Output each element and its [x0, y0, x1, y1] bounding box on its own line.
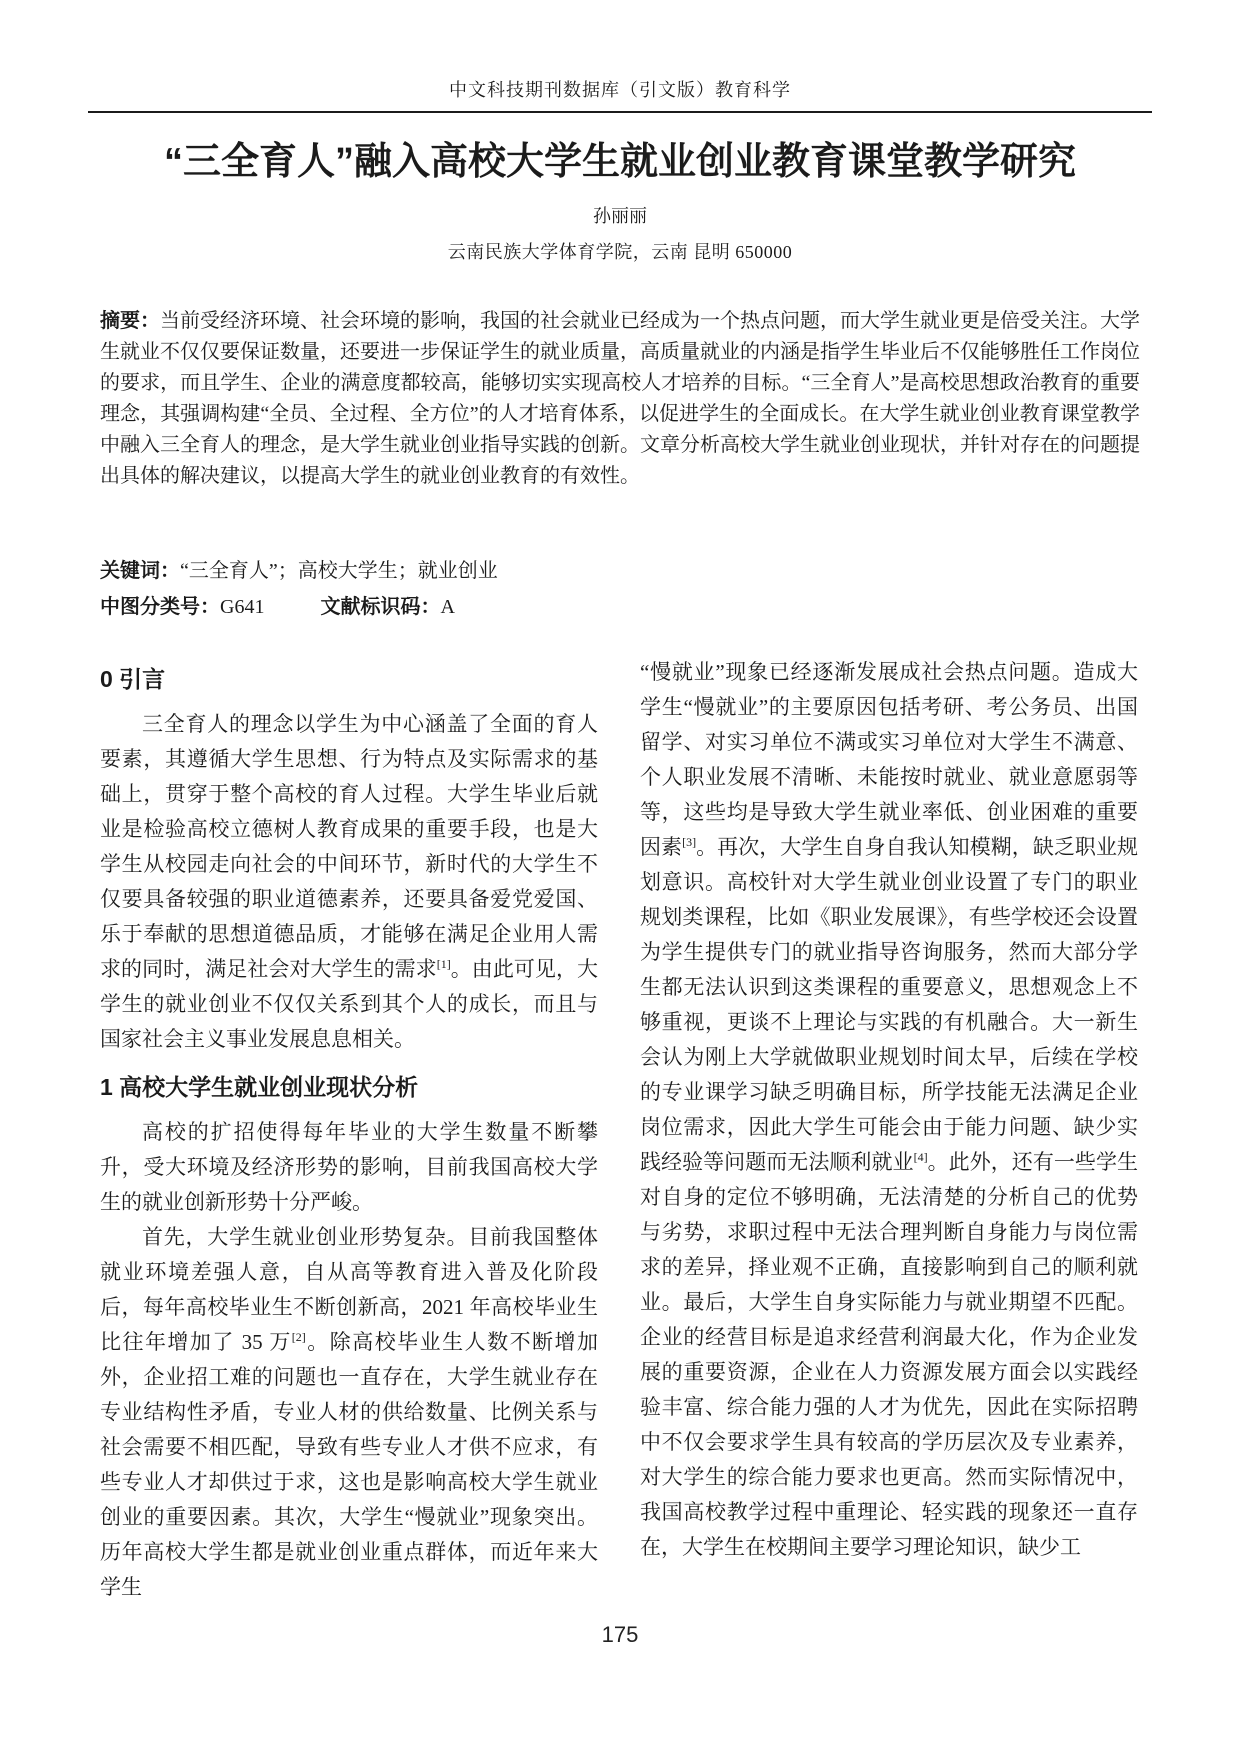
citation-marker: [1] [437, 957, 451, 971]
left-column: 0 引言三全育人的理念以学生为中心涵盖了全面的育人要素，其遵循大学生思想、行为特… [100, 662, 598, 1605]
page-number: 175 [0, 1622, 1240, 1648]
paper-page: { "journal_header": "中文科技期刊数据库（引文版）教育科学"… [0, 0, 1240, 1753]
author-name: 孙丽丽 [0, 202, 1240, 228]
journal-header: 中文科技期刊数据库（引文版）教育科学 [0, 76, 1240, 102]
section-heading: 0 引言 [100, 662, 598, 697]
abstract-text: 当前受经济环境、社会环境的影响，我国的社会就业已经成为一个热点问题，而大学生就业… [100, 310, 1140, 487]
body-paragraph: 三全育人的理念以学生为中心涵盖了全面的育人要素，其遵循大学生思想、行为特点及实际… [100, 707, 598, 1057]
keywords-line: 关键词：“三全育人”；高校大学生；就业创业 [100, 554, 1140, 583]
keywords-text: “三全育人”；高校大学生；就业创业 [180, 560, 498, 582]
classification-line: 中图分类号：G641文献标识码：A [100, 590, 1140, 619]
abstract-block: 摘要：当前受经济环境、社会环境的影响，我国的社会就业已经成为一个热点问题，而大学… [100, 306, 1140, 492]
citation-marker: [2] [292, 1330, 306, 1344]
article-title: “三全育人”融入高校大学生就业创业教育课堂教学研究 [50, 130, 1190, 185]
body-paragraph: 高校的扩招使得每年毕业的大学生数量不断攀升，受大环境及经济形势的影响，目前我国高… [100, 1115, 598, 1220]
keywords-label: 关键词： [100, 560, 180, 582]
clc-label: 中图分类号： [100, 596, 220, 618]
body-paragraph: 首先，大学生就业创业形势复杂。目前我国整体就业环境差强人意，自从高等教育进入普及… [100, 1220, 598, 1605]
body-paragraph: “慢就业”现象已经逐渐发展成社会热点问题。造成大学生“慢就业”的主要原因包括考研… [640, 655, 1138, 1565]
header-rule [88, 111, 1152, 113]
clc-value: G641 [220, 596, 264, 618]
author-affiliation: 云南民族大学体育学院，云南 昆明 650000 [0, 238, 1240, 264]
abstract-label: 摘要： [100, 310, 160, 332]
doc-code-label: 文献标识码： [320, 596, 440, 618]
section-heading: 1 高校大学生就业创业现状分析 [100, 1070, 598, 1105]
citation-marker: [4] [914, 1150, 928, 1164]
right-column: “慢就业”现象已经逐渐发展成社会热点问题。造成大学生“慢就业”的主要原因包括考研… [640, 655, 1138, 1565]
doc-code-value: A [440, 596, 454, 618]
citation-marker: [3] [682, 835, 696, 849]
